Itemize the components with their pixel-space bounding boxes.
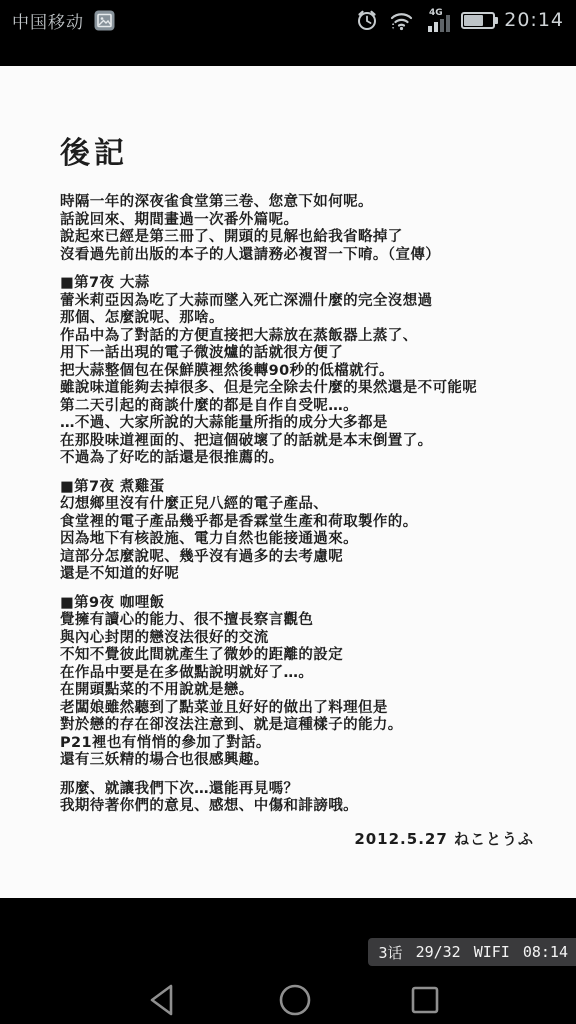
connection-label: WIFI <box>474 943 510 961</box>
page-progress: 29/32 <box>416 943 461 961</box>
home-button[interactable] <box>278 983 312 1017</box>
manga-page[interactable]: 後記 時隔一年的深夜雀食堂第三卷、您意下如何呢。話說回來、期間畫過一次番外篇呢。… <box>0 66 576 898</box>
text-line: 把大蒜整個包在保鮮膜裡然後轉90秒的低檔就行。 <box>60 363 538 381</box>
chapter-indicator: 3话 <box>379 942 403 963</box>
text-line: 不過為了好吃的話還是很推薦的。 <box>60 450 538 468</box>
text-line: 時隔一年的深夜雀食堂第三卷、您意下如何呢。 <box>60 194 538 212</box>
status-time: 20:14 <box>504 9 564 31</box>
wifi-icon <box>388 8 415 32</box>
cellular-signal-icon: 4G <box>424 6 452 34</box>
text-line: 對於戀的存在卻沒法注意到、就是這種樣子的能力。 <box>60 717 538 735</box>
text-line: 在開頭點菜的不用說就是戀。 <box>60 682 538 700</box>
text-line: 這部分怎麼說呢、幾乎沒有過多的去考慮呢 <box>60 549 538 567</box>
back-button[interactable] <box>148 983 178 1017</box>
paragraph: ■第7夜 大蒜蕾米莉亞因為吃了大蒜而墜入死亡深淵什麼的完全沒想過那個、怎麼說呢、… <box>60 275 538 468</box>
network-type-label: 4G <box>429 8 443 18</box>
text-line: 在作品中要是在多做點說明就好了…。 <box>60 665 538 683</box>
text-line: 因為地下有核設施、電力自然也能接通過來。 <box>60 531 538 549</box>
text-line: 幻想鄉里沒有什麼正兒八經的電子產品、 <box>60 496 538 514</box>
text-line: 不知不覺彼此間就產生了微妙的距離的設定 <box>60 647 538 665</box>
battery-icon <box>461 12 495 29</box>
paragraph: ■第9夜 咖哩飯覺擁有讀心的能力、很不擅長察言觀色與內心封閉的戀沒法很好的交流不… <box>60 595 538 770</box>
paragraph: 那麼、就讓我們下次…還能再見嗎？我期待著你們的意見、感想、中傷和誹謗哦。 <box>60 781 538 816</box>
text-line: 第二天引起的商談什麼的都是自作自受呢…。 <box>60 398 538 416</box>
alarm-icon <box>355 8 379 32</box>
recents-button[interactable] <box>409 983 441 1017</box>
text-line: 老闆娘雖然聽到了點菜並且好好的做出了料理但是 <box>60 700 538 718</box>
text-line: ■第7夜 大蒜 <box>60 275 538 293</box>
carrier-label: 中国移动 <box>12 8 84 33</box>
text-line: 在那股味道裡面的、把這個破壞了的話就是本末倒置了。 <box>60 433 538 451</box>
text-line: 食堂裡的電子產品幾乎都是香霖堂生產和荷取製作的。 <box>60 514 538 532</box>
paragraph: ■第7夜 煮雞蛋幻想鄉里沒有什麼正兒八經的電子產品、食堂裡的電子產品幾乎都是香霖… <box>60 479 538 584</box>
text-line: ■第7夜 煮雞蛋 <box>60 479 538 497</box>
text-line: 蕾米莉亞因為吃了大蒜而墜入死亡深淵什麼的完全沒想過 <box>60 293 538 311</box>
paragraph: 時隔一年的深夜雀食堂第三卷、您意下如何呢。話說回來、期間畫過一次番外篇呢。說起來… <box>60 194 538 264</box>
text-line: 那麼、就讓我們下次…還能再見嗎？ <box>60 781 538 799</box>
reader-status-bar: 3话 29/32 WIFI 08:14 <box>368 938 576 966</box>
text-line: P21裡也有悄悄的參加了對話。 <box>60 735 538 753</box>
page-title: 後記 <box>60 128 538 172</box>
author-signature: 2012.5.27 ねことうふ <box>60 828 534 849</box>
text-line: 與內心封閉的戀沒法很好的交流 <box>60 630 538 648</box>
reader-time: 08:14 <box>523 943 568 961</box>
text-line: 說起來已經是第三冊了、開頭的見解也給我省略掉了 <box>60 229 538 247</box>
text-line: 話說回來、期間畫過一次番外篇呢。 <box>60 212 538 230</box>
text-line: 還有三妖精的場合也很感興趣。 <box>60 752 538 770</box>
text-line: ■第9夜 咖哩飯 <box>60 595 538 613</box>
text-line: 還是不知道的好呢 <box>60 566 538 584</box>
text-line: 雖說味道能夠去掉很多、但是完全除去什麼的果然還是不可能呢 <box>60 380 538 398</box>
text-line: 用下一話出現的電子微波爐的話就很方便了 <box>60 345 538 363</box>
status-bar: 中国移动 <box>0 0 576 40</box>
text-line: 沒看過先前出版的本子的人還請務必複習一下唷。（宣傳） <box>60 247 538 265</box>
text-line: 作品中為了對話的方便直接把大蒜放在蒸飯器上蒸了、 <box>60 328 538 346</box>
image-notification-icon <box>94 10 115 31</box>
navigation-bar <box>0 975 576 1024</box>
text-line: 我期待著你們的意見、感想、中傷和誹謗哦。 <box>60 798 538 816</box>
text-line: 覺擁有讀心的能力、很不擅長察言觀色 <box>60 612 538 630</box>
text-line: …不過、大家所說的大蒜能量所指的成分大多都是 <box>60 415 538 433</box>
afterword-body: 時隔一年的深夜雀食堂第三卷、您意下如何呢。話說回來、期間畫過一次番外篇呢。說起來… <box>60 194 538 816</box>
text-line: 那個、怎麼說呢、那啥。 <box>60 310 538 328</box>
